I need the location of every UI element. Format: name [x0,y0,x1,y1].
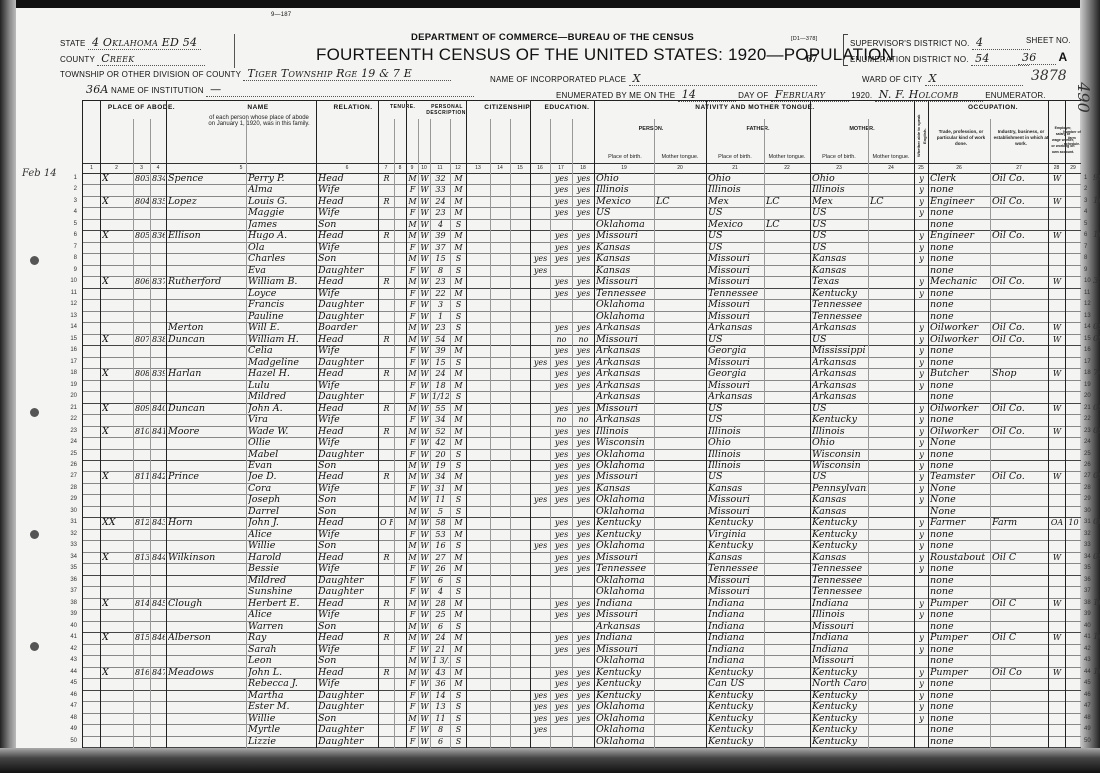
cell-birth: Oklahoma [596,506,653,517]
cell-mother: Kentucky [812,713,867,724]
cell-given: Alice [248,529,315,540]
cell-house: X [102,230,132,241]
cell-mother: Kansas [812,506,867,517]
column-number: 17 [550,165,572,171]
line-number: 39 [63,611,77,617]
grid-line [466,101,467,749]
occupation-code: 164 [1093,196,1100,206]
cell-write: yes [574,483,593,494]
cell-birth: Kansas [596,242,653,253]
cell-father: US [708,207,763,218]
line-number: 7 [63,244,77,250]
punch-hole [30,408,39,417]
cell-given: Harold [248,552,315,563]
cell-english: y [916,426,927,437]
cell-marital: S [452,357,465,368]
line-number: 48 [63,715,77,721]
cell-marital: M [452,426,465,437]
column-number: 22 [764,165,810,171]
cell-age: 15 [432,357,449,368]
cell-race: W [420,265,429,276]
cell-surname: Clough [168,598,245,609]
cell-employer: W [1050,173,1064,184]
cell-house: X [102,368,132,379]
cell-given: Herbert E. [248,598,315,609]
cell-trade: none [930,242,989,253]
cell-given: Francis [248,299,315,310]
cell-sex: F [408,609,417,620]
cell-given: Alice [248,609,315,620]
enum-district-label: ENUMERATION DISTRICT NO. [850,55,969,64]
cell-sex: F [408,724,417,735]
cell-marital: S [452,299,465,310]
occupation-code: 096 [1093,426,1100,436]
cell-sex: M [408,322,417,333]
cell-birth: Tennessee [596,563,653,574]
cell-english: y [916,288,927,299]
cell-surname: Meadows [168,667,245,678]
cell-tenure: O F [380,517,393,528]
cell-relation: Son [318,219,377,230]
cell-sex: F [408,449,417,460]
bracket [234,34,236,68]
cell-father: Ohio [708,173,763,184]
grid-line [406,101,407,749]
cell-industry: Oil Co. [992,334,1047,345]
cell-trade: Clerk [930,173,989,184]
cell-english: y [916,242,927,253]
cell-english: y [916,701,927,712]
cell-mother: Indiana [812,632,867,643]
cell-write: yes [574,403,593,414]
cell-age: 22 [432,288,449,299]
cell-write: yes [574,345,593,356]
cell-trade: Oilworker [930,334,989,345]
cell-school: yes [532,724,549,735]
cell-race: W [420,540,429,551]
cell-sex: F [408,644,417,655]
cell-mother: Kentucky [812,529,867,540]
incorporated-label: NAME OF INCORPORATED PLACE [490,75,626,84]
cell-race: W [420,173,429,184]
cell-english: y [916,471,927,482]
cell-read: yes [552,357,571,368]
cell-relation: Son [318,506,377,517]
column-number: 7 [378,165,394,171]
column-number: 28 [1048,165,1065,171]
cell-sex: F [408,345,417,356]
cell-trade: none [930,713,989,724]
cell-employer: W [1050,426,1064,437]
cell-age: 5 [432,506,449,517]
occupation-code: 096 [1093,403,1100,413]
cell-industry: Oil C [992,632,1047,643]
cell-given: Hazel H. [248,368,315,379]
cell-surname: Merton [168,322,245,333]
cell-age: 34 [432,471,449,482]
grid-line [1048,101,1049,749]
cell-employer: W [1050,334,1064,345]
right-line-number: 18 [1084,370,1091,376]
column-number: 12 [450,165,466,171]
right-line-number: 30 [1084,508,1091,514]
cell-industry: Oil Co. [992,230,1047,241]
cell-trade: none [930,391,989,402]
scan-border-top [0,0,1100,8]
cell-dwelling: 814 [135,598,149,609]
cell-relation: Head [318,426,377,437]
cell-mother: Arkansas [812,368,867,379]
cell-tenure: R [380,403,393,414]
cell-relation: Head [318,552,377,563]
cell-birth: Arkansas [596,345,653,356]
cell-father: Georgia [708,368,763,379]
cell-read: yes [552,713,571,724]
grid-line [868,119,869,749]
cell-family: 835 [152,196,165,207]
cell-marital: M [452,345,465,356]
cell-age: 20 [432,449,449,460]
cell-age: 24 [432,632,449,643]
cell-race: W [420,184,429,195]
right-line-number: 41 [1084,634,1091,640]
cell-birth: Tennessee [596,288,653,299]
cell-write: no [574,414,593,425]
cell-birth: Oklahoma [596,540,653,551]
cell-write: yes [574,253,593,264]
cell-father: Missouri [708,575,763,586]
cell-trade: none [930,701,989,712]
cell-write: yes [574,632,593,643]
cell-read: yes [552,230,571,241]
cell-sex: M [408,426,417,437]
cell-trade: none [930,253,989,264]
cell-trade: none [930,460,989,471]
column-number: 8 [394,165,406,171]
line-number: 15 [63,336,77,342]
right-line-number: 12 [1084,301,1091,307]
cell-birth: Arkansas [596,322,653,333]
cell-mother: Indiana [812,644,867,655]
grid-line [394,119,395,749]
scan-border-bottom [0,748,1100,773]
cell-trade: Engineer [930,230,989,241]
line-number: 25 [63,451,77,457]
cell-race: W [420,322,429,333]
cell-age: 18 [432,380,449,391]
cell-marital: S [452,506,465,517]
state-value: 4 Oklahoma ED 54 [88,36,201,50]
cell-trade: None [930,506,989,517]
cell-relation: Daughter [318,357,377,368]
cell-family: 838 [152,334,165,345]
cell-race: W [420,483,429,494]
cell-write: yes [574,460,593,471]
column-number: 27 [990,165,1048,171]
cell-family: 840 [152,403,165,414]
cell-marital: S [452,655,465,666]
cell-age: 23 [432,207,449,218]
line-number: 4 [63,209,77,215]
cell-employer: W [1050,196,1064,207]
cell-industry: Shop [992,368,1047,379]
cell-mother: Arkansas [812,380,867,391]
column-number: 10 [418,165,430,171]
cell-sex: M [408,632,417,643]
cell-employer: W [1050,552,1064,563]
cell-given: William H. [248,334,315,345]
cell-trade: Butcher [930,368,989,379]
header-industry: Industry, business, or establishment in … [993,129,1049,147]
cell-father: Indiana [708,621,763,632]
cell-marital: M [452,483,465,494]
line-number: 36 [63,577,77,583]
header-trade: Trade, profession, or particular kind of… [931,129,991,147]
cell-sex: M [408,621,417,632]
line-number: 44 [63,669,77,675]
cell-write: yes [574,196,593,207]
right-line-number: 16 [1084,347,1091,353]
cell-marital: S [452,494,465,505]
cell-family: 841 [152,426,165,437]
county-value: Creek [97,52,205,66]
grid-line [914,101,915,749]
cell-marital: S [452,575,465,586]
cell-father: Indiana [708,632,763,643]
cell-sex: M [408,506,417,517]
cell-english: y [916,414,927,425]
cell-sex: M [408,517,417,528]
cell-relation: Daughter [318,690,377,701]
cell-father: Illinois [708,426,763,437]
line-number: 31 [63,519,77,525]
cell-marital: M [452,517,465,528]
cell-father: Missouri [708,506,763,517]
cell-write: yes [574,276,593,287]
cell-birth: Missouri [596,403,653,414]
punch-hole [30,256,39,265]
column-number: 29 [1065,165,1081,171]
cell-race: W [420,506,429,517]
cell-relation: Wife [318,644,377,655]
right-line-number: 28 [1084,485,1091,491]
cell-employer: OA [1050,517,1064,528]
line-number: 20 [63,393,77,399]
cell-english: y [916,632,927,643]
cell-mother: Wisconsin [812,460,867,471]
cell-trade: none [930,655,989,666]
grid-line [550,119,551,749]
cell-given: Pauline [248,311,315,322]
cell-birth: Illinois [596,426,653,437]
header-citizenship: CITIZENSHIP. [478,104,538,111]
cell-english: y [916,253,927,264]
cell-house: X [102,552,132,563]
cell-race: W [420,357,429,368]
line-number: 47 [63,703,77,709]
cell-write: yes [574,426,593,437]
sheet-side: A [1058,50,1067,64]
cell-marital: S [452,265,465,276]
cell-dwelling: 812 [135,517,149,528]
cell-given: Celia [248,345,315,356]
cell-given: Alma [248,184,315,195]
cell-dwelling: 805 [135,230,149,241]
day-of-label: DAY OF [738,91,768,100]
cell-birth: US [596,207,653,218]
cell-father: Arkansas [708,391,763,402]
header-occupation: OCCUPATION. [928,104,1058,111]
state-label: STATE [60,39,86,48]
sheet-field: 36 A [1018,50,1067,65]
cell-english: y [916,276,927,287]
cell-given: Willie [248,540,315,551]
occupation-code: 164 [1093,230,1100,240]
cell-given: Leon [248,655,315,666]
cell-marital: M [452,598,465,609]
cell-race: W [420,575,429,586]
cell-marital: S [452,449,465,460]
cell-father: Tennessee [708,563,763,574]
cell-sex: M [408,655,417,666]
grid-line [810,101,811,749]
cell-tenure: R [380,598,393,609]
cell-age: 11 [432,494,449,505]
cell-sex: F [408,184,417,195]
cell-relation: Head [318,368,377,379]
cell-given: Hugo A. [248,230,315,241]
cell-dwelling: 816 [135,667,149,678]
cell-family: 836 [152,230,165,241]
cell-father: Kansas [708,552,763,563]
grid-line [246,119,247,749]
cell-race: W [420,563,429,574]
ward-field: WARD OF CITY X [862,72,1023,86]
cell-relation: Daughter [318,391,377,402]
cell-surname: Moore [168,426,245,437]
grid-line [150,119,151,749]
cell-industry: Oil Co. [992,322,1047,333]
cell-father: Tennessee [708,288,763,299]
cell-english: y [916,552,927,563]
cell-birth: Kentucky [596,667,653,678]
cell-school: yes [532,253,549,264]
cell-dwelling: 804 [135,196,149,207]
cell-mother: US [812,207,867,218]
cell-school: yes [532,540,549,551]
right-line-number: 10 [1084,278,1091,284]
grid-line [133,119,134,749]
cell-read: no [552,334,571,345]
cell-birth: Kansas [596,253,653,264]
column-number: 19 [594,165,654,171]
cell-given: Joseph [248,494,315,505]
cell-given: John A. [248,403,315,414]
cell-age: 14 [432,690,449,701]
column-number: 1 [83,165,100,171]
cell-age: 3 [432,299,449,310]
right-line-number: 45 [1084,680,1091,686]
cell-race: W [420,667,429,678]
cell-father: Indiana [708,609,763,620]
cell-race: W [420,196,429,207]
cell-write: yes [574,494,593,505]
cell-given: Vira [248,414,315,425]
line-number: 42 [63,646,77,652]
cell-english: y [916,644,927,655]
cell-race: W [420,736,429,747]
cell-family: 845 [152,598,165,609]
supervisor-value: 4 [972,36,1030,50]
cell-birth: Oklahoma [596,701,653,712]
cell-given: Joe D. [248,471,315,482]
cell-marital: M [452,276,465,287]
cell-write: yes [574,678,593,689]
cell-write: yes [574,667,593,678]
cell-read: yes [552,437,571,448]
cell-trade: none [930,345,989,356]
cell-trade: none [930,311,989,322]
cell-given: Maggie [248,207,315,218]
cell-trade: Oilworker [930,403,989,414]
cell-age: 6 [432,621,449,632]
ward-label: WARD OF CITY [862,75,922,84]
cell-employer: W [1050,598,1064,609]
cell-given: Ollie [248,437,315,448]
cell-age: 11 [432,713,449,724]
cell-father: Kentucky [708,667,763,678]
cell-age: 34 [432,414,449,425]
cell-marital: M [452,471,465,482]
cell-age: 55 [432,403,449,414]
cell-trade: None [930,494,989,505]
occupation-code: 378 [1093,276,1100,286]
cell-relation: Son [318,713,377,724]
cell-race: W [420,644,429,655]
grid-line [418,119,419,749]
cell-race: W [420,598,429,609]
cell-age: 24 [432,196,449,207]
cell-father: Mexico [708,219,763,230]
cell-trade: none [930,724,989,735]
cell-given: William B. [248,276,315,287]
cell-age: 13 [432,701,449,712]
supervisor-field: SUPERVISOR'S DISTRICT NO. 4 [850,36,1030,50]
cell-english: y [916,380,927,391]
cell-english: y [916,678,927,689]
cell-birth: Oklahoma [596,460,653,471]
cell-english: y [916,483,927,494]
cell-trade: none [930,357,989,368]
column-number: 23 [810,165,868,171]
right-line-number: 29 [1084,496,1091,502]
cell-mother: Texas [812,276,867,287]
cell-surname: Horn [168,517,245,528]
cell-read: yes [552,471,571,482]
cell-mother: Kansas [812,265,867,276]
cell-family: 839 [152,368,165,379]
cell-father: Missouri [708,380,763,391]
cell-industry: Oil Co. [992,173,1047,184]
cell-industry: Oil Co. [992,276,1047,287]
line-number: 18 [63,370,77,376]
cell-marital: M [452,678,465,689]
incorporated-value: X [629,72,817,86]
sheet-value: 36 [1018,51,1056,65]
cell-dwelling: 807 [135,334,149,345]
cell-mother: Missouri [812,621,867,632]
right-line-number: 13 [1084,313,1091,319]
